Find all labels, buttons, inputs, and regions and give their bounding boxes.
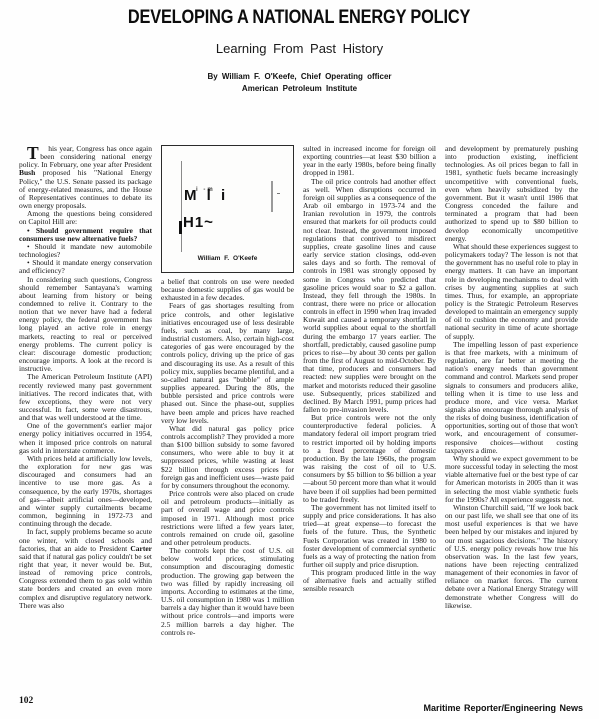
paragraph: With prices held at artificially low lev… bbox=[19, 455, 152, 528]
text: sulted in increased income for foreign o… bbox=[303, 145, 436, 177]
text: and development by prematurely pushing i… bbox=[445, 145, 578, 243]
text: With prices held at artificially low lev… bbox=[19, 454, 152, 528]
text: In considering such questions, Congress … bbox=[19, 275, 152, 374]
text: proposed his "National Energy Policy," t… bbox=[19, 168, 152, 210]
paragraph: What should these experiences suggest to… bbox=[445, 243, 578, 341]
text: • Should it mandate new automobile techn… bbox=[19, 242, 152, 259]
text: Why should we expect government to be mo… bbox=[445, 454, 578, 504]
text: said that if natural gas policy couldn't… bbox=[19, 552, 152, 610]
text: The oil price controls had another effec… bbox=[303, 177, 436, 414]
text: The American Petroleum Institute (API) r… bbox=[19, 372, 152, 422]
paragraph: sulted in increased income for foreign o… bbox=[303, 145, 436, 178]
text: This program produced little in the way … bbox=[303, 568, 436, 593]
article-column-2: i -m M l i H1~ William F. O'Keefe a beli… bbox=[161, 145, 294, 697]
article-subtitle: Learning From Past History bbox=[0, 41, 599, 56]
photo-artifact-line bbox=[271, 181, 273, 212]
page-number: 102 bbox=[19, 696, 33, 706]
paragraph: This program produced little in the way … bbox=[303, 569, 436, 593]
paragraph: • Should government require that consume… bbox=[19, 227, 152, 243]
article-column-3: sulted in increased income for foreign o… bbox=[303, 145, 436, 697]
text: The government has not limited itself to… bbox=[303, 503, 436, 569]
magazine-page: DEVELOPING A NATIONAL ENERGY POLICY Lear… bbox=[0, 0, 599, 719]
paragraph: This year, Congress has once again been … bbox=[19, 145, 152, 210]
paragraph: Among the questions being considered on … bbox=[19, 210, 152, 226]
byline-author: By William F. O'Keefe, Chief Operating o… bbox=[0, 71, 599, 83]
author-photo: i -m M l i H1~ William F. O'Keefe bbox=[161, 145, 294, 273]
drop-cap: T bbox=[19, 146, 40, 160]
photo-artifact-line bbox=[181, 161, 182, 252]
byline: By William F. O'Keefe, Chief Operating o… bbox=[0, 71, 599, 95]
paragraph: But price controls were not the only cou… bbox=[303, 414, 436, 504]
photo-caption: William F. O'Keefe bbox=[162, 255, 293, 263]
text: Price controls were also placed on crude… bbox=[161, 489, 294, 547]
paragraph: Fears of gas shortages resulting from pr… bbox=[161, 302, 294, 424]
text: a belief that controls on use were neede… bbox=[161, 277, 294, 302]
text: Among the questions being considered on … bbox=[19, 209, 152, 226]
text: The controls kept the cost of U.S. oil b… bbox=[161, 546, 294, 637]
article-column-1: This year, Congress has once again been … bbox=[19, 145, 152, 697]
paragraph: The oil price controls had another effec… bbox=[303, 178, 436, 415]
article-title-text: DEVELOPING A NATIONAL ENERGY POLICY bbox=[128, 6, 470, 30]
text: Fears of gas shortages resulting from pr… bbox=[161, 301, 294, 424]
text: Winston Churchill said, "If we look back… bbox=[445, 503, 578, 610]
paragraph: The impelling lesson of past experience … bbox=[445, 341, 578, 455]
paragraph: a belief that controls on use were neede… bbox=[161, 278, 294, 302]
byline-organization: American Petroleum Institute bbox=[0, 83, 599, 95]
photo-artifact-speck bbox=[277, 193, 280, 194]
article-column-4: and development by prematurely pushing i… bbox=[445, 145, 578, 697]
paragraph: What did natural gas policy price contro… bbox=[161, 425, 294, 490]
text: What did natural gas policy price contro… bbox=[161, 424, 294, 490]
publication-name: Maritime Reporter/Engineering News bbox=[423, 703, 583, 713]
text: But price controls were not the only cou… bbox=[303, 413, 436, 504]
article-column-2-text: a belief that controls on use were neede… bbox=[161, 278, 294, 637]
paragraph: Why should we expect government to be mo… bbox=[445, 455, 578, 504]
paragraph: Price controls were also placed on crude… bbox=[161, 490, 294, 547]
paragraph: In fact, supply problems became so acute… bbox=[19, 528, 152, 610]
paragraph: Winston Churchill said, "If we look back… bbox=[445, 504, 578, 610]
text: One of the government's earlier major en… bbox=[19, 421, 152, 454]
article-body: This year, Congress has once again been … bbox=[19, 145, 580, 697]
paragraph: • Should it mandate energy conservation … bbox=[19, 259, 152, 275]
paragraph: and development by prematurely pushing i… bbox=[445, 145, 578, 243]
paragraph: • Should it mandate new automobile techn… bbox=[19, 243, 152, 259]
text: • Should it mandate energy conservation … bbox=[19, 258, 152, 275]
photo-artifact-mark: M l i bbox=[184, 192, 228, 200]
paragraph: The controls kept the cost of U.S. oil b… bbox=[161, 547, 294, 637]
paragraph: The American Petroleum Institute (API) r… bbox=[19, 373, 152, 422]
paragraph: In considering such questions, Congress … bbox=[19, 276, 152, 374]
photo-artifact-mark: H1~ bbox=[183, 219, 214, 227]
paragraph: One of the government's earlier major en… bbox=[19, 422, 152, 455]
paragraph: The government has not limited itself to… bbox=[303, 504, 436, 569]
text: What should these experiences suggest to… bbox=[445, 242, 578, 341]
text: The impelling lesson of past experience … bbox=[445, 340, 578, 455]
photo-artifact-bar bbox=[179, 221, 182, 234]
bold-text: • Should government require that consume… bbox=[19, 226, 152, 243]
article-title: DEVELOPING A NATIONAL ENERGY POLICY bbox=[0, 6, 599, 30]
